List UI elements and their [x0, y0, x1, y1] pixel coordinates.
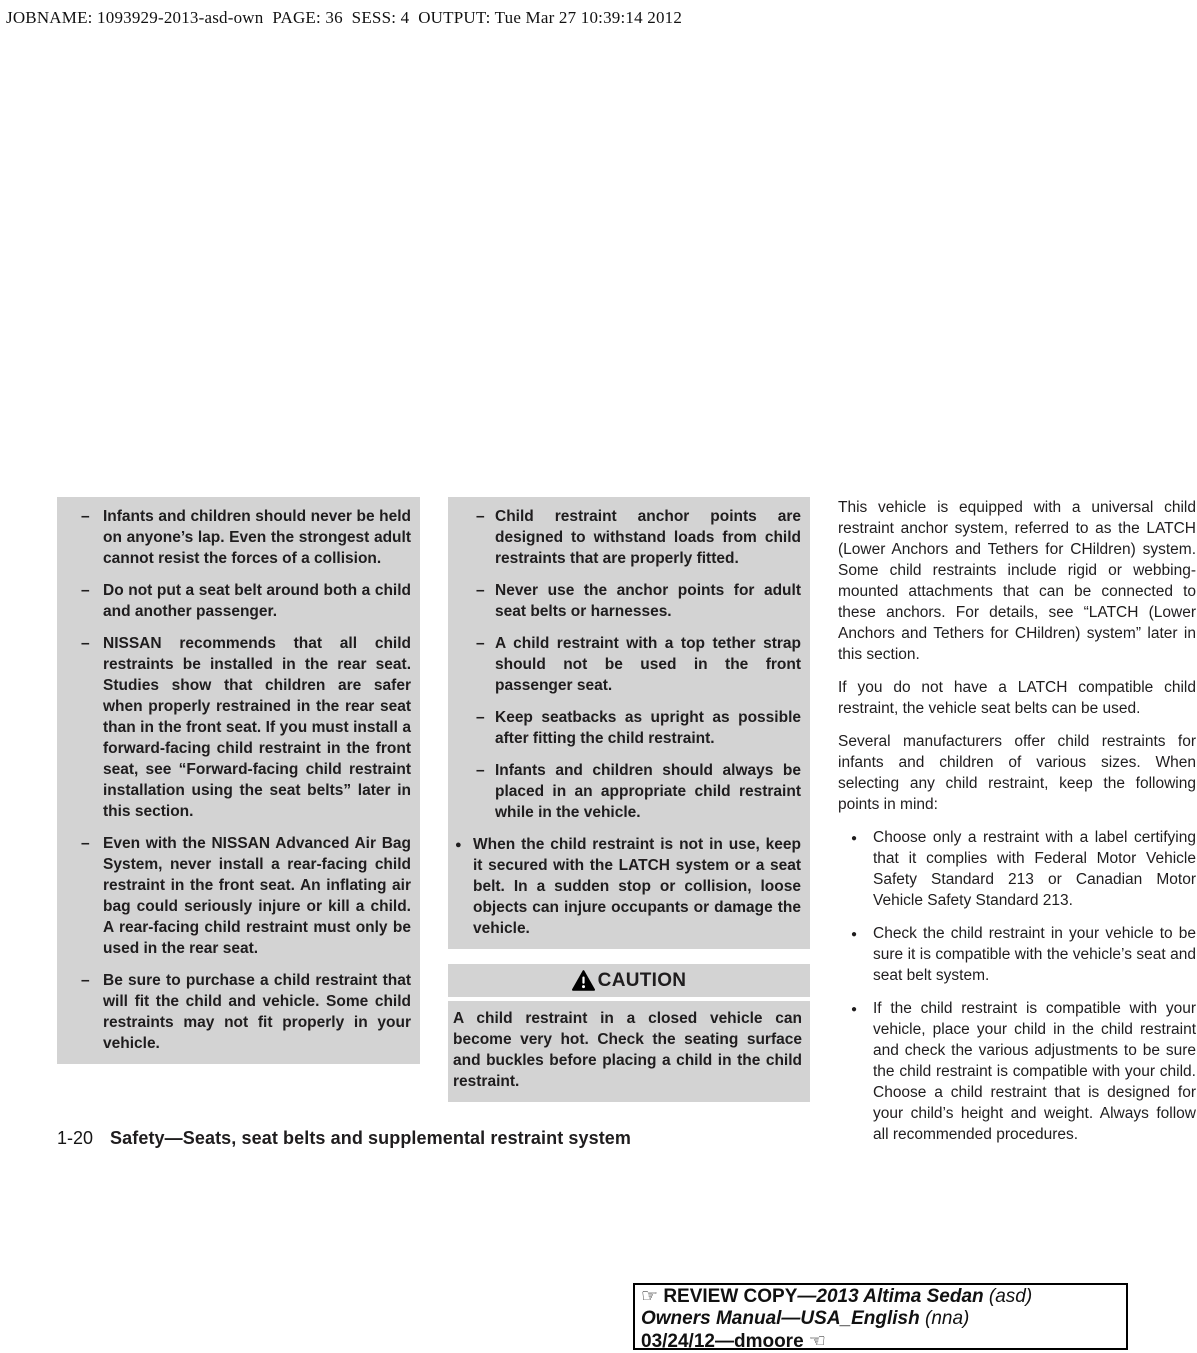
paragraph: If you do not have a LATCH compatible ch… [838, 677, 1196, 719]
middle-note-box: Child restraint anchor points are design… [448, 497, 810, 949]
note-item: Keep seatbacks as upright as possible af… [448, 707, 810, 749]
note-item: Never use the anchor points for adult se… [448, 580, 810, 622]
section-title: Safety—Seats, seat belts and supplementa… [110, 1128, 631, 1149]
left-note-box: Infants and children should never be hel… [57, 497, 420, 1064]
caution-title-bar: CAUTION [448, 964, 810, 997]
review-date-author: 03/24/12—dmoore [641, 1331, 804, 1350]
note-item: Infants and children should never be hel… [57, 506, 420, 569]
middle-column: Child restraint anchor points are design… [448, 497, 810, 1102]
bullet-point: If the child restraint is compatible wit… [838, 998, 1196, 1145]
caution-body: A child restraint in a closed vehicle ca… [448, 1001, 810, 1102]
paragraph: This vehicle is equipped with a universa… [838, 497, 1196, 665]
caution-title: CAUTION [598, 970, 687, 992]
note-item: A child restraint with a top tether stra… [448, 633, 810, 696]
review-model-label: —2013 Altima Sedan [797, 1286, 983, 1307]
review-line-1: ☞ REVIEW COPY—2013 Altima Sedan (asd) [641, 1285, 1120, 1308]
page-footer: 1-20 Safety—Seats, seat belts and supple… [57, 1128, 631, 1149]
note-item: Do not put a seat belt around both a chi… [57, 580, 420, 622]
warning-triangle-icon [572, 970, 595, 991]
note-item: Be sure to purchase a child restraint th… [57, 970, 420, 1054]
manual-page: JOBNAME: 1093929-2013-asd-own PAGE: 36 S… [0, 0, 1197, 1353]
review-code-asd: (asd) [989, 1286, 1032, 1307]
note-item: Even with the NISSAN Advanced Air Bag Sy… [57, 833, 420, 959]
right-column: This vehicle is equipped with a universa… [838, 497, 1196, 1157]
pointer-left-icon: ☜ [809, 1330, 826, 1350]
review-copy-box: ☞ REVIEW COPY—2013 Altima Sedan (asd) Ow… [633, 1283, 1128, 1350]
bullet-point: Check the child restraint in your vehicl… [838, 923, 1196, 986]
bullet-point: Choose only a restraint with a label cer… [838, 827, 1196, 911]
review-copy-label: REVIEW COPY [663, 1286, 797, 1307]
paragraph: Several manufacturers offer child restra… [838, 731, 1196, 815]
print-job-header: JOBNAME: 1093929-2013-asd-own PAGE: 36 S… [6, 8, 682, 28]
review-manual-label: Owners Manual—USA_English [641, 1308, 920, 1329]
note-item: Infants and children should always be pl… [448, 760, 810, 823]
review-code-nna: (nna) [925, 1308, 969, 1329]
page-number: 1-20 [57, 1128, 93, 1149]
note-item: Child restraint anchor points are design… [448, 506, 810, 569]
note-item: NISSAN recommends that all child restrai… [57, 633, 420, 822]
pointer-right-icon: ☞ [641, 1285, 658, 1307]
review-line-2: Owners Manual—USA_English (nna) [641, 1308, 1120, 1330]
note-bullet-item: When the child restraint is not in use, … [448, 834, 810, 939]
review-line-3: 03/24/12—dmoore ☜ [641, 1330, 1120, 1350]
